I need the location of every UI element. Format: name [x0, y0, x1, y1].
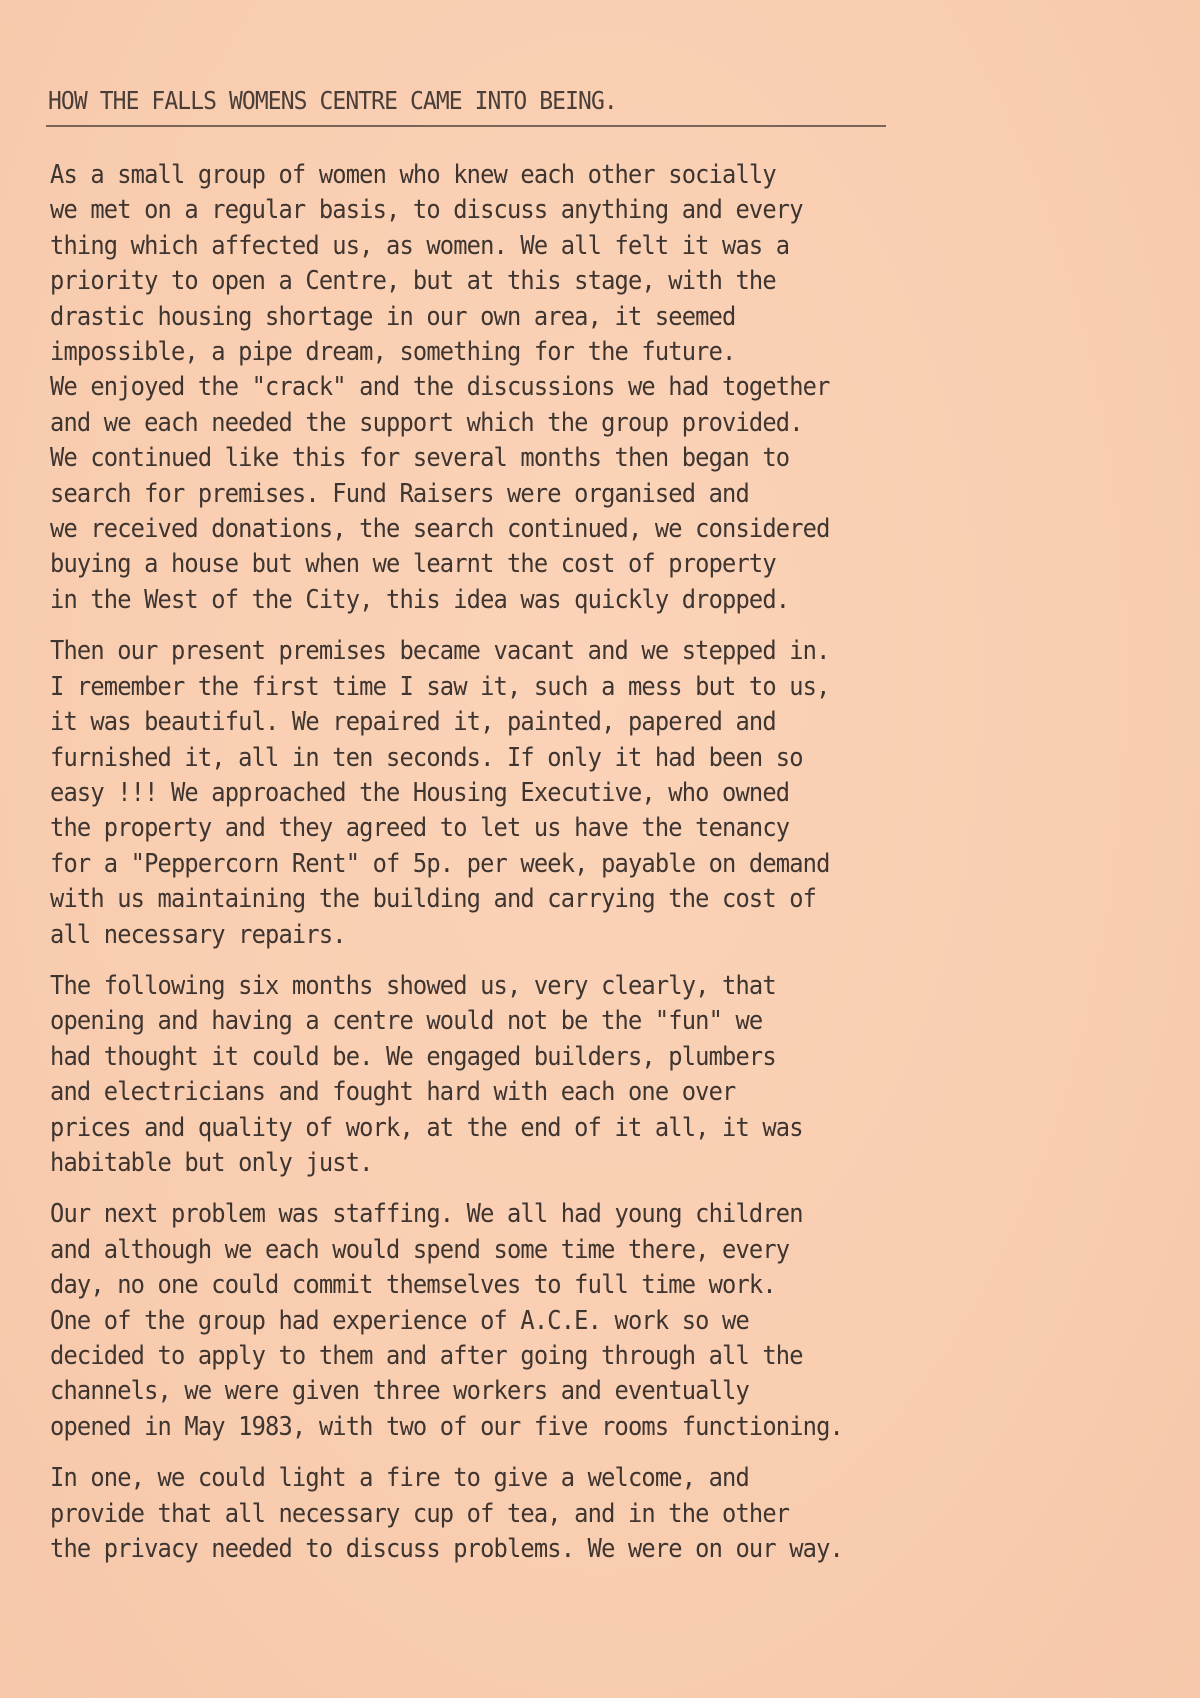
title-underline	[46, 125, 886, 127]
document-page: HOW THE FALLS WOMENS CENTRE CAME INTO BE…	[0, 0, 1200, 1698]
text-line: I remember the first time I saw it, such…	[50, 670, 1082, 705]
text-line: habitable but only just.	[50, 1146, 1082, 1181]
text-line: with us maintaining the building and car…	[50, 882, 1082, 917]
text-line: search for premises. Fund Raisers were o…	[50, 477, 1082, 512]
text-line: in the West of the City, this idea was q…	[50, 583, 1082, 618]
text-line: for a "Peppercorn Rent" of 5p. per week,…	[50, 847, 1082, 882]
text-line: Then our present premises became vacant …	[50, 634, 1082, 669]
text-line: priority to open a Centre, but at this s…	[50, 264, 1082, 299]
text-line: we received donations, the search contin…	[50, 512, 1082, 547]
text-line: the property and they agreed to let us h…	[50, 811, 1082, 846]
paragraph-1: As a small group of women who knew each …	[50, 158, 1160, 618]
text-line: all necessary repairs.	[50, 918, 1082, 953]
text-line: opened in May 1983, with two of our five…	[50, 1410, 1082, 1445]
text-line: and electricians and fought hard with ea…	[50, 1075, 1082, 1110]
text-line: it was beautiful. We repaired it, painte…	[50, 705, 1082, 740]
text-line: and although we each would spend some ti…	[50, 1233, 1082, 1268]
text-line: and we each needed the support which the…	[50, 406, 1082, 441]
paragraph-5: In one, we could light a fire to give a …	[50, 1461, 1160, 1567]
text-line: As a small group of women who knew each …	[50, 158, 1082, 193]
text-line: provide that all necessary cup of tea, a…	[50, 1497, 1082, 1532]
text-line: easy !!! We approached the Housing Execu…	[50, 776, 1082, 811]
text-line: One of the group had experience of A.C.E…	[50, 1304, 1082, 1339]
text-line: we met on a regular basis, to discuss an…	[50, 193, 1082, 228]
text-line: In one, we could light a fire to give a …	[50, 1461, 1082, 1496]
text-line: day, no one could commit themselves to f…	[50, 1268, 1082, 1303]
text-line: We continued like this for several month…	[50, 441, 1082, 476]
text-line: channels, we were given three workers an…	[50, 1374, 1082, 1409]
text-line: The following six months showed us, very…	[50, 969, 1082, 1004]
text-line: had thought it could be. We engaged buil…	[50, 1040, 1082, 1075]
text-line: the privacy needed to discuss problems. …	[50, 1532, 1082, 1567]
text-line: opening and having a centre would not be…	[50, 1004, 1082, 1039]
paragraph-3: The following six months showed us, very…	[50, 969, 1160, 1181]
document-title: HOW THE FALLS WOMENS CENTRE CAME INTO BE…	[48, 86, 617, 115]
paragraph-4: Our next problem was staffing. We all ha…	[50, 1197, 1160, 1445]
text-line: We enjoyed the "crack" and the discussio…	[50, 370, 1082, 405]
text-line: drastic housing shortage in our own area…	[50, 300, 1082, 335]
text-line: furnished it, all in ten seconds. If onl…	[50, 741, 1082, 776]
text-line: decided to apply to them and after going…	[50, 1339, 1082, 1374]
paragraph-2: Then our present premises became vacant …	[50, 634, 1160, 953]
text-line: impossible, a pipe dream, something for …	[50, 335, 1082, 370]
text-line: prices and quality of work, at the end o…	[50, 1111, 1082, 1146]
document-body: As a small group of women who knew each …	[50, 158, 1160, 1583]
text-line: Our next problem was staffing. We all ha…	[50, 1197, 1082, 1232]
text-line: buying a house but when we learnt the co…	[50, 547, 1082, 582]
text-line: thing which affected us, as women. We al…	[50, 229, 1082, 264]
